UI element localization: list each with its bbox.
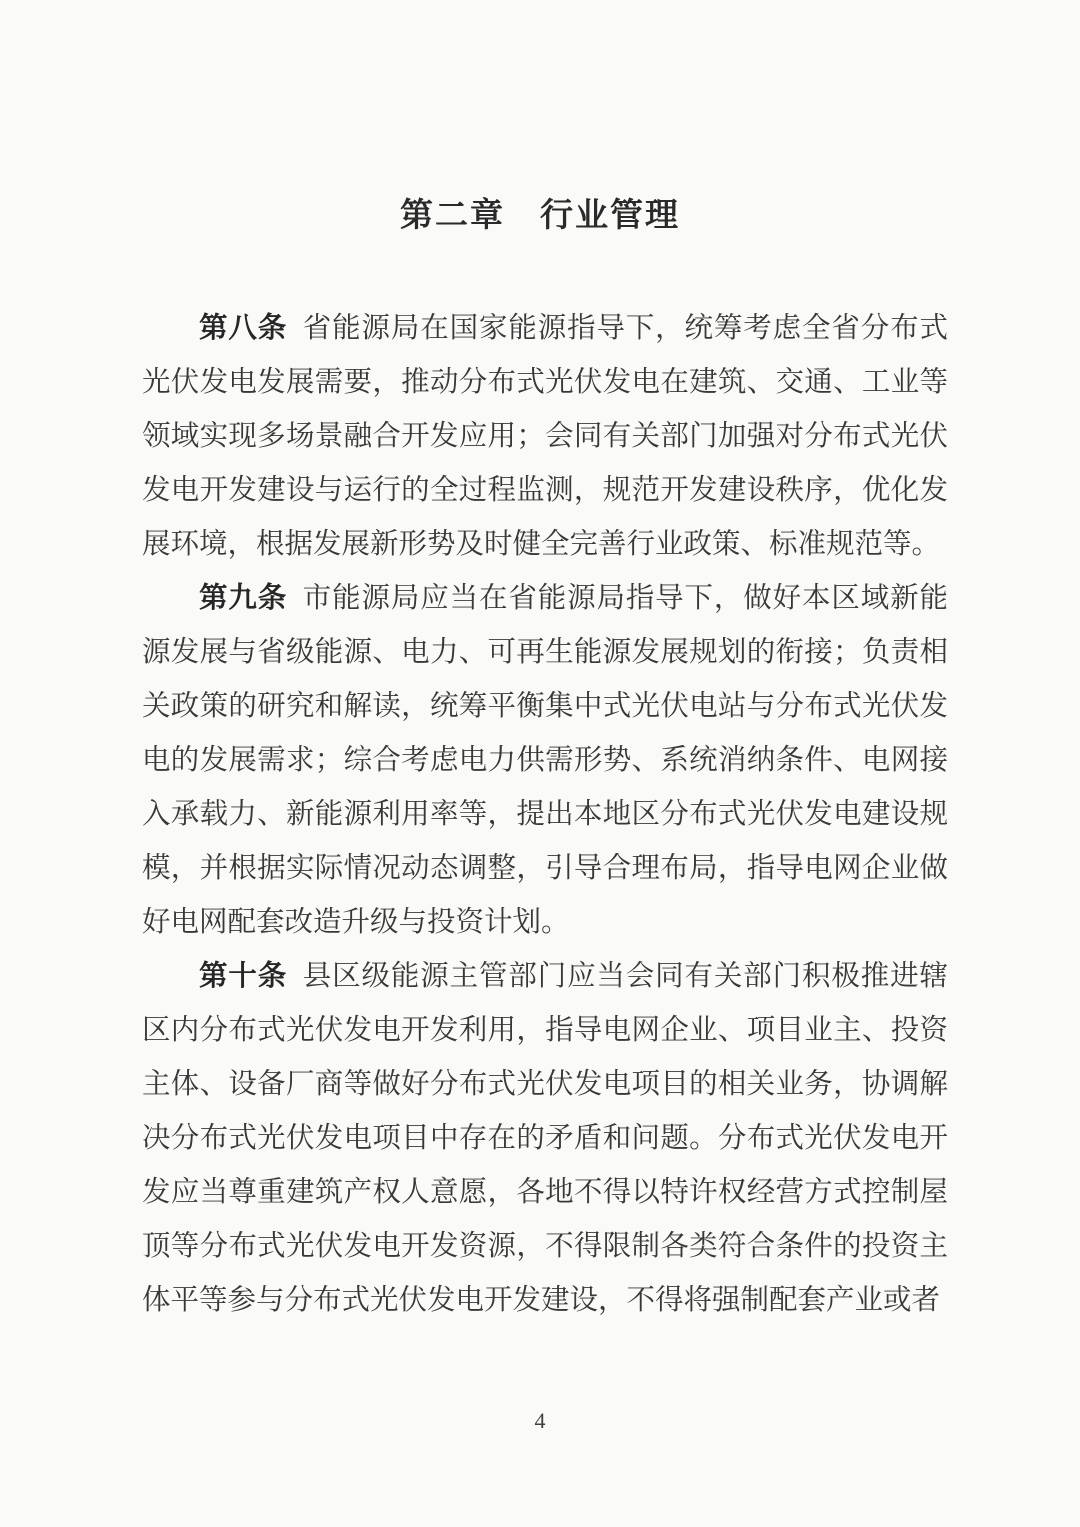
article-8-text: 省能源局在国家能源指导下，统筹考虑全省分布式光伏发电发展需要，推动分布式光伏发电… (142, 313, 948, 560)
page-number: 4 (0, 1406, 1080, 1436)
document-body: 第八条省能源局在国家能源指导下，统筹考虑全省分布式光伏发电发展需要，推动分布式光… (142, 302, 948, 1328)
article-10-paragraph: 第十条县区级能源主管部门应当会同有关部门积极推进辖区内分布式光伏发电开发利用，指… (142, 950, 948, 1328)
article-10-text: 县区级能源主管部门应当会同有关部门积极推进辖区内分布式光伏发电开发利用，指导电网… (142, 961, 948, 1316)
article-9-text: 市能源局应当在省能源局指导下，做好本区域新能源发展与省级能源、电力、可再生能源发… (142, 583, 948, 938)
chapter-title: 第二章 行业管理 (0, 193, 1080, 239)
article-8-paragraph: 第八条省能源局在国家能源指导下，统筹考虑全省分布式光伏发电发展需要，推动分布式光… (142, 302, 948, 572)
article-8-label: 第八条 (199, 313, 287, 344)
document-page: 第二章 行业管理 第八条省能源局在国家能源指导下，统筹考虑全省分布式光伏发电发展… (0, 0, 1080, 1527)
article-10-label: 第十条 (199, 961, 287, 992)
article-9-paragraph: 第九条市能源局应当在省能源局指导下，做好本区域新能源发展与省级能源、电力、可再生… (142, 572, 948, 950)
article-9-label: 第九条 (199, 583, 287, 614)
